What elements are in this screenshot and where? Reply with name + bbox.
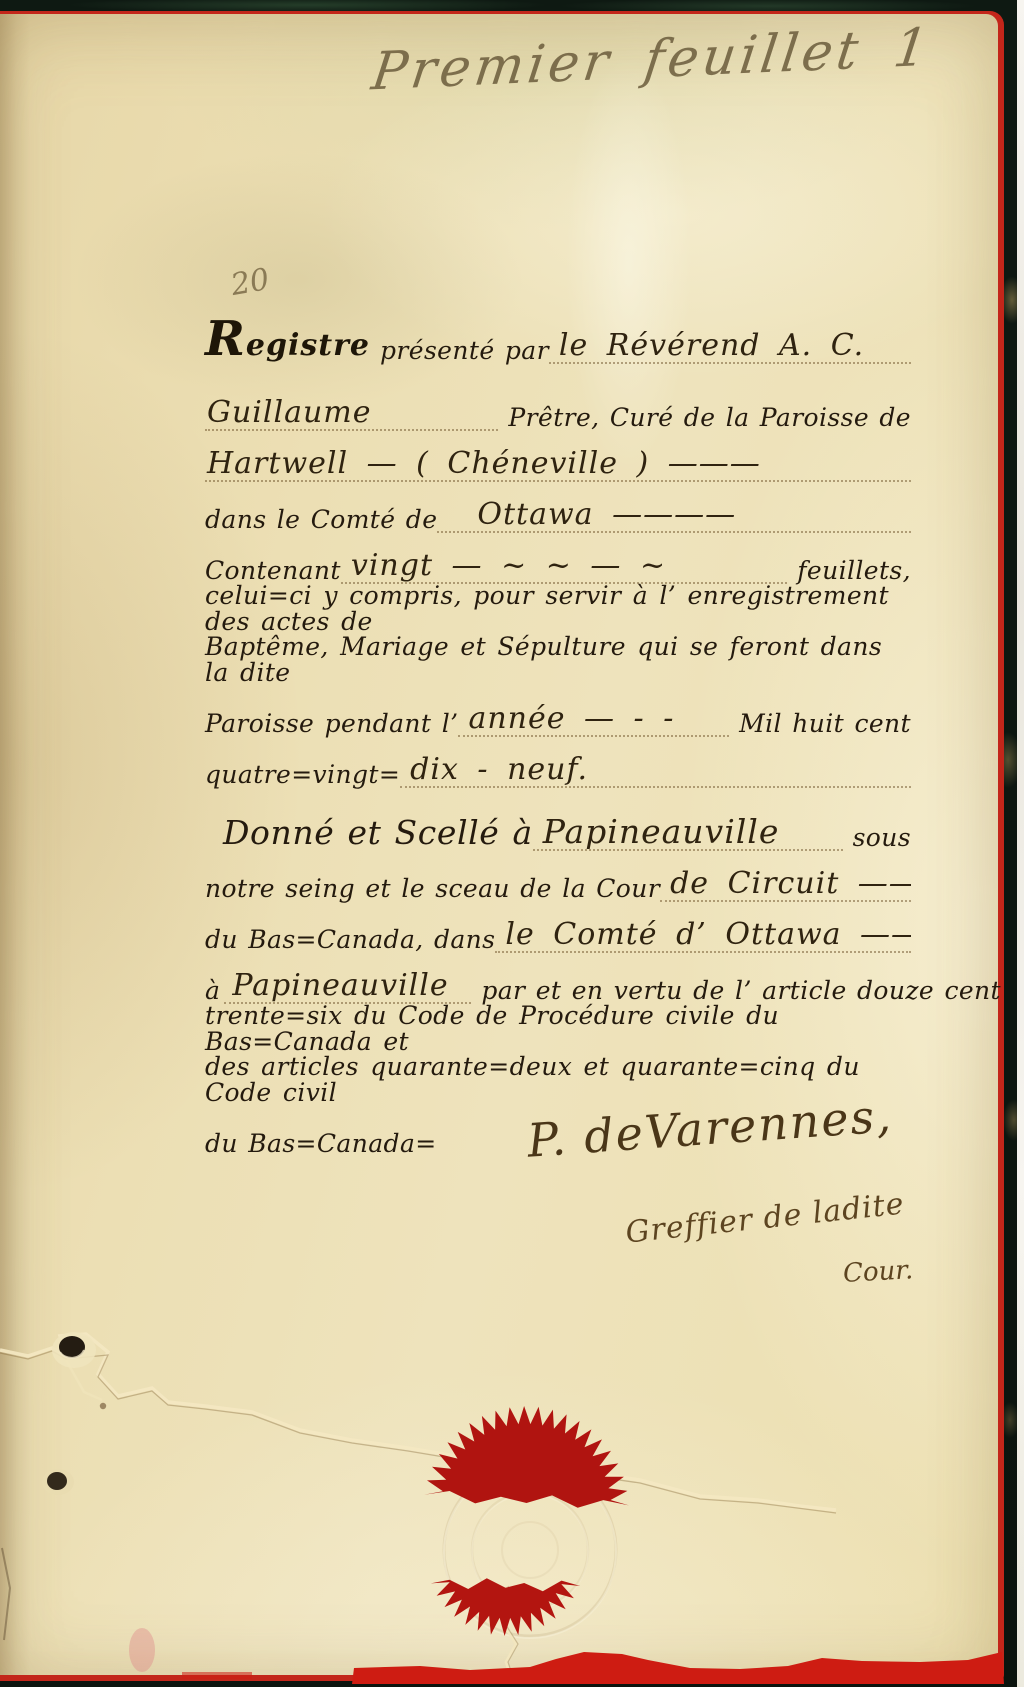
handwritten-district: le Comté d’ Ottawa ——— bbox=[505, 920, 911, 950]
handwritten-place-sealed: Papineauville bbox=[543, 815, 780, 848]
printed-label: sous bbox=[853, 825, 911, 851]
form-line-purpose-1: celui=ci y compris, pour servir à l’ enr… bbox=[205, 584, 911, 635]
handwritten-parish: Hartwell — ( Chéneville ) ——— bbox=[207, 449, 761, 479]
ornate-word-registre: Registre bbox=[205, 314, 370, 364]
clerk-title-line1: Greffier de ladite bbox=[624, 1186, 906, 1250]
handwritten-place: Papineauville bbox=[232, 971, 448, 1001]
printed-label: présenté par bbox=[380, 338, 549, 364]
form-line-year-2: quatre=vingt= dix - neuf. bbox=[205, 737, 911, 788]
book-page-edges-white bbox=[1017, 0, 1024, 1687]
register-book: { "annotations": { "folio_note": "Premie… bbox=[0, 0, 1024, 1687]
form-line-parish: Hartwell — ( Chéneville ) ——— bbox=[205, 431, 911, 482]
printed-label: dans le Comté de bbox=[205, 507, 437, 533]
printed-label: Paroisse pendant l’ bbox=[205, 711, 458, 737]
form-line-purpose-2: Baptême, Mariage et Sépulture qui se fer… bbox=[205, 635, 911, 686]
folio-annotation: Premier feuillet 1 bbox=[368, 18, 935, 103]
handwritten-year-word: année — - - bbox=[468, 704, 674, 734]
printed-text: celui=ci y compris, pour servir à l’ enr… bbox=[205, 583, 911, 636]
register-first-page: Premier feuillet 1 20 Registre présenté … bbox=[0, 14, 998, 1675]
margin-note-pencil: 20 bbox=[228, 262, 272, 303]
printed-text: du Bas=Canada= bbox=[205, 1131, 437, 1157]
form-line-sheet-count: Contenant vingt — ~ ~ — ~ feuillets, bbox=[205, 533, 911, 584]
printed-label: Prêtre, Curé de la Paroisse de bbox=[508, 405, 911, 431]
printed-label: du Bas=Canada, dans bbox=[205, 927, 495, 953]
form-line-year-1: Paroisse pendant l’ année — - - Mil huit… bbox=[205, 686, 911, 737]
handwritten-court-type: de Circuit ——— bbox=[670, 869, 911, 899]
form-text-block: 20 Registre présenté par le Révérend A. … bbox=[205, 313, 911, 1157]
form-line-article-1: trente=six du Code de Procédure civile d… bbox=[205, 1004, 911, 1055]
printed-label: notre seing et le sceau de la Cour bbox=[205, 876, 660, 902]
form-line-place-article: à Papineauville par et en vertu de l’ ar… bbox=[205, 953, 911, 1004]
handwritten-surname: Guillaume bbox=[207, 398, 371, 428]
printed-label: Mil huit cent bbox=[739, 711, 911, 737]
form-line-surname: Guillaume Prêtre, Curé de la Paroisse de bbox=[205, 380, 911, 431]
handwritten-county: Ottawa ———— bbox=[477, 500, 736, 530]
printed-label: Donné et Scellé à bbox=[223, 816, 533, 851]
form-line-registre: Registre présenté par le Révérend A. C. bbox=[205, 313, 911, 364]
printed-text: trente=six du Code de Procédure civile d… bbox=[205, 1003, 911, 1056]
form-line-county: dans le Comté de Ottawa ———— bbox=[205, 482, 911, 533]
form-line-given-sealed: Donné et Scellé à Papineauville sous bbox=[205, 800, 911, 851]
form-line-court: notre seing et le sceau de la Cour de Ci… bbox=[205, 851, 911, 902]
printed-text: Baptême, Mariage et Sépulture qui se fer… bbox=[205, 634, 911, 687]
printed-label: quatre=vingt= bbox=[205, 762, 400, 788]
handwritten-year-digits: dix - neuf. bbox=[410, 755, 588, 785]
handwritten-reverend-name: le Révérend A. C. bbox=[559, 331, 864, 361]
form-line-district: du Bas=Canada, dans le Comté d’ Ottawa —… bbox=[205, 902, 911, 953]
clerk-title-line2: Cour. bbox=[842, 1255, 914, 1289]
handwritten-sheet-count: vingt — ~ ~ — ~ bbox=[351, 551, 666, 581]
